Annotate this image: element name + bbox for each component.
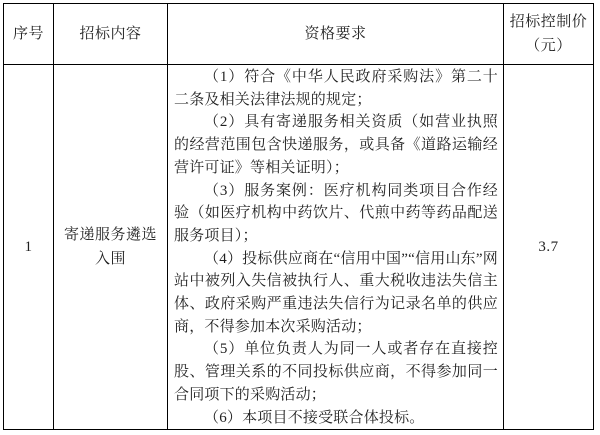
requirement-item-4: （4）投标供应商在“信用中国”“信用山东”网站中被列入失信被执行人、重大税收违法… (174, 248, 498, 339)
cell-serial-number: 1 (4, 65, 54, 430)
requirement-item-2: （2）具有寄递服务相关资质（如营业执照的经营范围包含快递服务，或具备《道路运输经… (174, 111, 498, 179)
requirement-item-1: （1）符合《中华人民政府采购法》第二十二条及相关法律法规的规定； (174, 66, 498, 111)
cell-qualification-requirements: （1）符合《中华人民政府采购法》第二十二条及相关法律法规的规定； （2）具有寄递… (168, 65, 504, 430)
requirement-item-3: （3）服务案例：医疗机构同类项目合作经验（如医疗机构中药饮片、代煎中药等药品配送… (174, 180, 498, 248)
col-header-serial: 序号 (4, 4, 54, 65)
cell-bidding-content: 寄递服务遴选入围 (54, 65, 168, 430)
col-header-content: 招标内容 (54, 4, 168, 65)
cell-control-price: 3.7 (504, 65, 594, 430)
table-row: 1 寄递服务遴选入围 （1）符合《中华人民政府采购法》第二十二条及相关法律法规的… (4, 65, 594, 430)
col-header-price: 招标控制价（元） (504, 4, 594, 65)
table-header-row: 序号 招标内容 资格要求 招标控制价（元） (4, 4, 594, 65)
bidding-table: 序号 招标内容 资格要求 招标控制价（元） 1 寄递服务遴选入围 （1）符合《中… (3, 3, 594, 430)
requirement-item-5: （5）单位负责人为同一人或者存在直接控股、管理关系的不同投标供应商，不得参加同一… (174, 338, 498, 406)
col-header-requirements: 资格要求 (168, 4, 504, 65)
requirement-item-6: （6）本项目不接受联合体投标。 (174, 407, 498, 430)
